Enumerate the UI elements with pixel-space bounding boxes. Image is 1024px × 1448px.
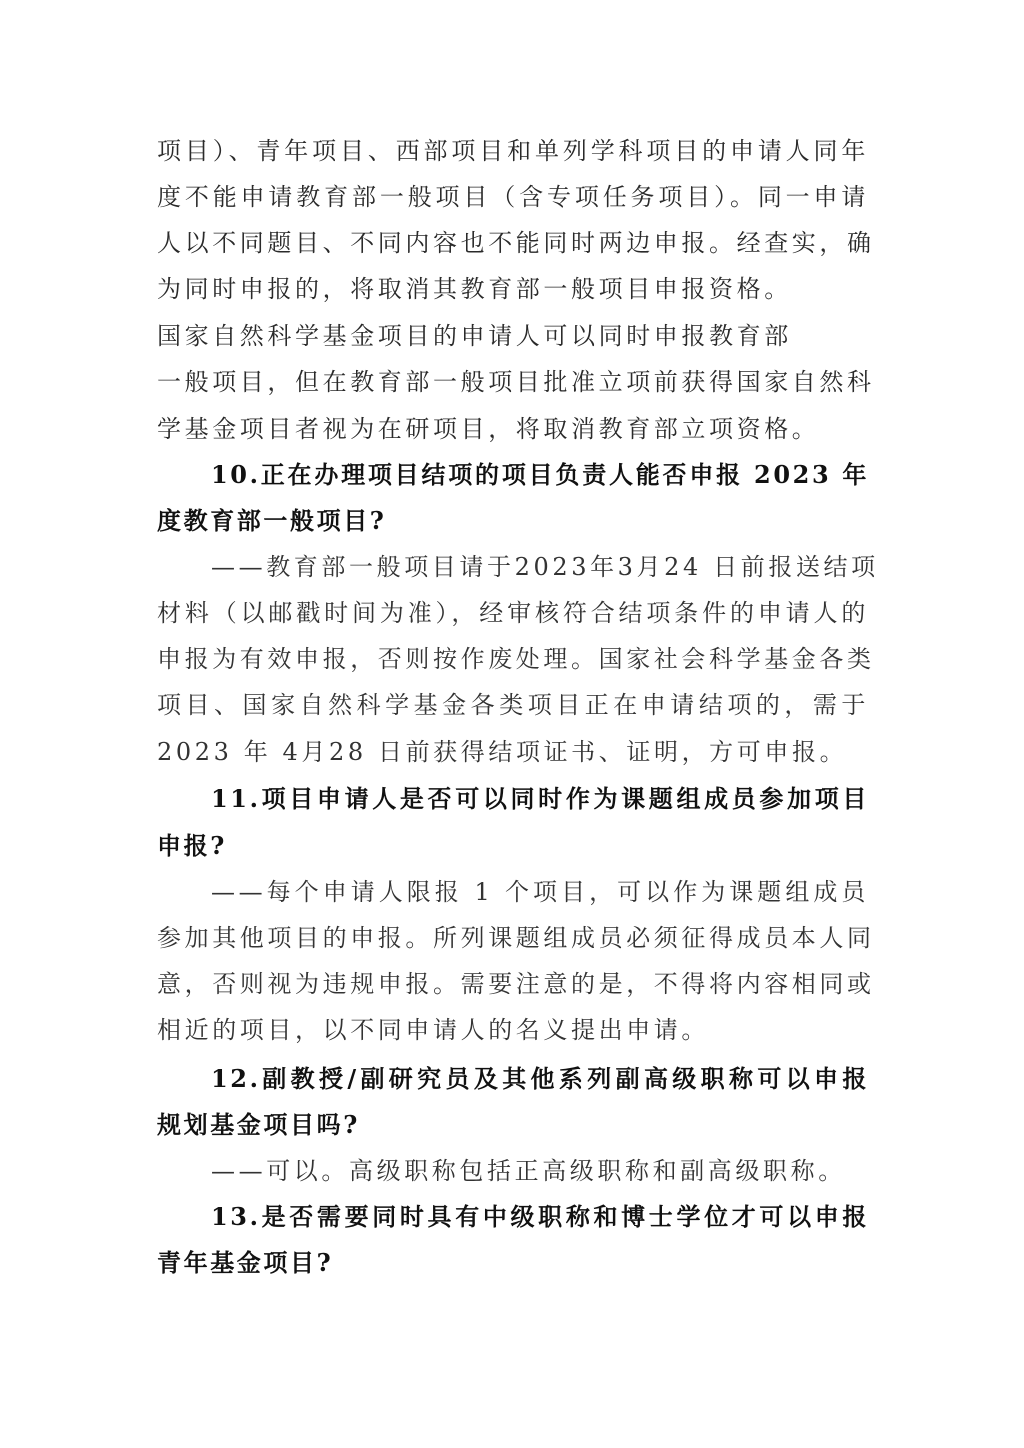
body-line: 为同时申报的，将取消其教育部一般项目申报资格。 [157, 266, 869, 312]
question-11-heading: 申报? [157, 823, 869, 869]
answer-10-line: 项目、国家自然科学基金各类项目正在申请结项的，需于 [157, 682, 869, 728]
answer-12-line: ——可以。高级职称包括正高级职称和副高级职称。 [157, 1148, 869, 1194]
answer-11-line: ——每个申请人限报 1 个项目，可以作为课题组成员 [157, 869, 869, 915]
question-12-heading: 12.副教授/副研究员及其他系列副高级职称可以申报 [157, 1056, 869, 1102]
body-line: 人以不同题目、不同内容也不能同时两边申报。经查实，确 [157, 220, 869, 266]
question-12-heading: 规划基金项目吗? [157, 1102, 869, 1148]
answer-10-line: 材料（以邮戳时间为准），经审核符合结项条件的申请人的 [157, 590, 869, 636]
body-line: 项目）、青年项目、西部项目和单列学科项目的申请人同年 [157, 128, 869, 174]
answer-10-line: 申报为有效申报，否则按作废处理。国家社会科学基金各类 [157, 636, 869, 682]
answer-10-line: ——教育部一般项目请于2023年3月24 日前报送结项 [157, 544, 869, 590]
body-line: 度不能申请教育部一般项目（含专项任务项目）。同一申请 [157, 174, 869, 220]
question-10-heading: 10.正在办理项目结项的项目负责人能否申报 2023 年 [157, 452, 869, 498]
answer-10-line: 2023 年 4月28 日前获得结项证书、证明，方可申报。 [157, 729, 869, 775]
question-10-heading: 度教育部一般项目? [157, 498, 869, 544]
question-13-heading: 青年基金项目? [157, 1240, 869, 1286]
body-line: 学基金项目者视为在研项目，将取消教育部立项资格。 [157, 406, 869, 452]
answer-11-line: 意，否则视为违规申报。需要注意的是，不得将内容相同或 [157, 961, 869, 1007]
question-13-heading: 13.是否需要同时具有中级职称和博士学位才可以申报 [157, 1194, 869, 1240]
answer-11-line: 相近的项目，以不同申请人的名义提出申请。 [157, 1007, 869, 1053]
answer-11-line: 参加其他项目的申报。所列课题组成员必须征得成员本人同 [157, 915, 869, 961]
body-line: 国家自然科学基金项目的申请人可以同时申报教育部 [157, 313, 869, 359]
question-11-heading: 11.项目申请人是否可以同时作为课题组成员参加项目 [157, 776, 869, 822]
body-line: 一般项目，但在教育部一般项目批准立项前获得国家自然科 [157, 359, 869, 405]
